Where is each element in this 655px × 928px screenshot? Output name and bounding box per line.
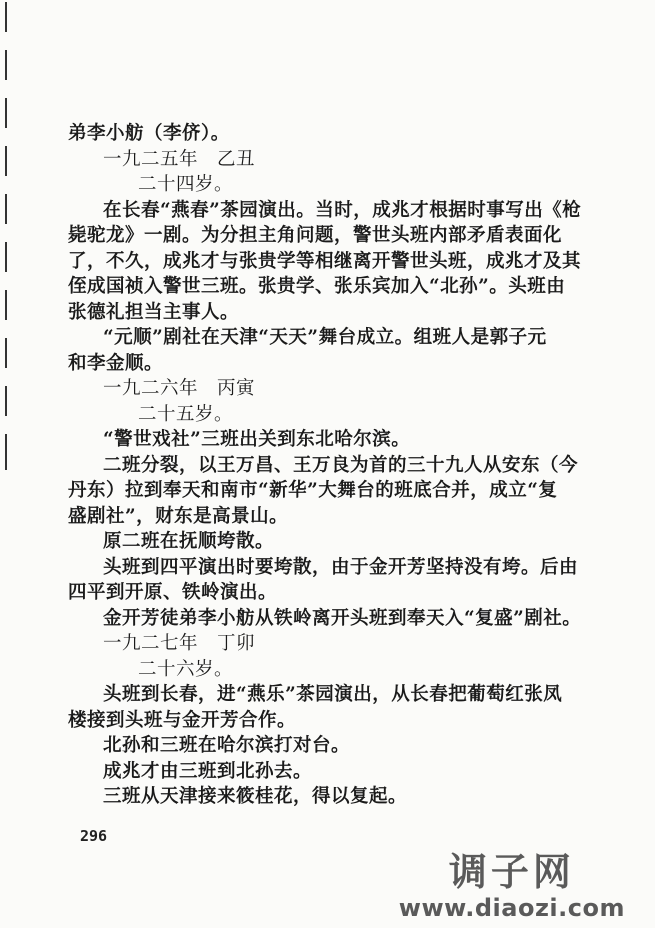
margin-mark <box>5 50 7 80</box>
age-line: 二十五岁。 <box>68 402 608 428</box>
text-line: “警世戏社”三班出关到东北哈尔滨。 <box>68 427 608 453</box>
text-line: 金开芳徒弟李小舫从铁岭离开头班到奉天入“复盛”剧社。 <box>68 606 608 632</box>
text-line: 二班分裂，以王万昌、王万良为首的三十九人从安东（今 <box>68 453 608 479</box>
text-line: 头班到长春，进“燕乐”茶园演出，从长春把葡萄红张凤 <box>68 682 608 708</box>
margin-mark <box>5 290 7 320</box>
text-line: 在长春“燕春”茶园演出。当时，成兆才根据时事写出《枪 <box>68 198 608 224</box>
year-heading: 一九二六年 丙寅 <box>68 376 608 402</box>
margin-mark <box>5 434 7 470</box>
margin-mark <box>5 386 7 416</box>
text-line: 了，不久，成兆才与张贵学等相继离开警世头班，成兆才及其 <box>68 249 608 275</box>
text-line: 北孙和三班在哈尔滨打对台。 <box>68 733 608 759</box>
text-line: “元顺”剧社在天津“天天”舞台成立。组班人是郭子元 <box>68 325 608 351</box>
text-line: 三班从天津接来筱桂花，得以复起。 <box>68 784 608 810</box>
watermark-title: 调子网 <box>399 850 625 894</box>
text-line: 成兆才由三班到北孙去。 <box>68 759 608 785</box>
margin-mark <box>5 2 7 32</box>
age-line: 二十四岁。 <box>68 172 608 198</box>
text-line: 原二班在抚顺垮散。 <box>68 529 608 555</box>
year-heading: 一九二五年 乙丑 <box>68 147 608 173</box>
text-line: 毙驼龙》一剧。为分担主角问题，警世头班内部矛盾表面化 <box>68 223 608 249</box>
text-line: 楼接到头班与金开芳合作。 <box>68 708 608 734</box>
margin-mark <box>5 194 7 224</box>
binding-margin-marks <box>0 0 12 480</box>
text-line: 侄成国祯入警世三班。张贵学、张乐宾加入“北孙”。头班由 <box>68 274 608 300</box>
page-number: 296 <box>80 827 107 845</box>
text-line: 张德礼担当主事人。 <box>68 300 608 326</box>
margin-mark <box>5 338 7 368</box>
text-line: 丹东）拉到奉天和南市“新华”大舞台的班底合并，成立“复 <box>68 478 608 504</box>
margin-mark <box>5 98 7 128</box>
watermark: 调子网 www.diaozi.com <box>399 850 625 922</box>
age-line: 二十六岁。 <box>68 657 608 683</box>
text-line: 头班到四平演出时要垮散，由于金开芳坚持没有垮。后由 <box>68 555 608 581</box>
text-line: 四平到开原、铁岭演出。 <box>68 580 608 606</box>
margin-mark <box>5 242 7 272</box>
margin-mark <box>5 146 7 176</box>
text-line: 盛剧社”，财东是高景山。 <box>68 504 608 530</box>
year-heading: 一九二七年 丁卯 <box>68 631 608 657</box>
page-body-text: 弟李小舫（李侪）。一九二五年 乙丑二十四岁。在长春“燕春”茶园演出。当时，成兆才… <box>68 121 608 810</box>
text-line: 弟李小舫（李侪）。 <box>68 121 608 147</box>
watermark-url: www.diaozi.com <box>399 894 625 922</box>
text-line: 和李金顺。 <box>68 351 608 377</box>
